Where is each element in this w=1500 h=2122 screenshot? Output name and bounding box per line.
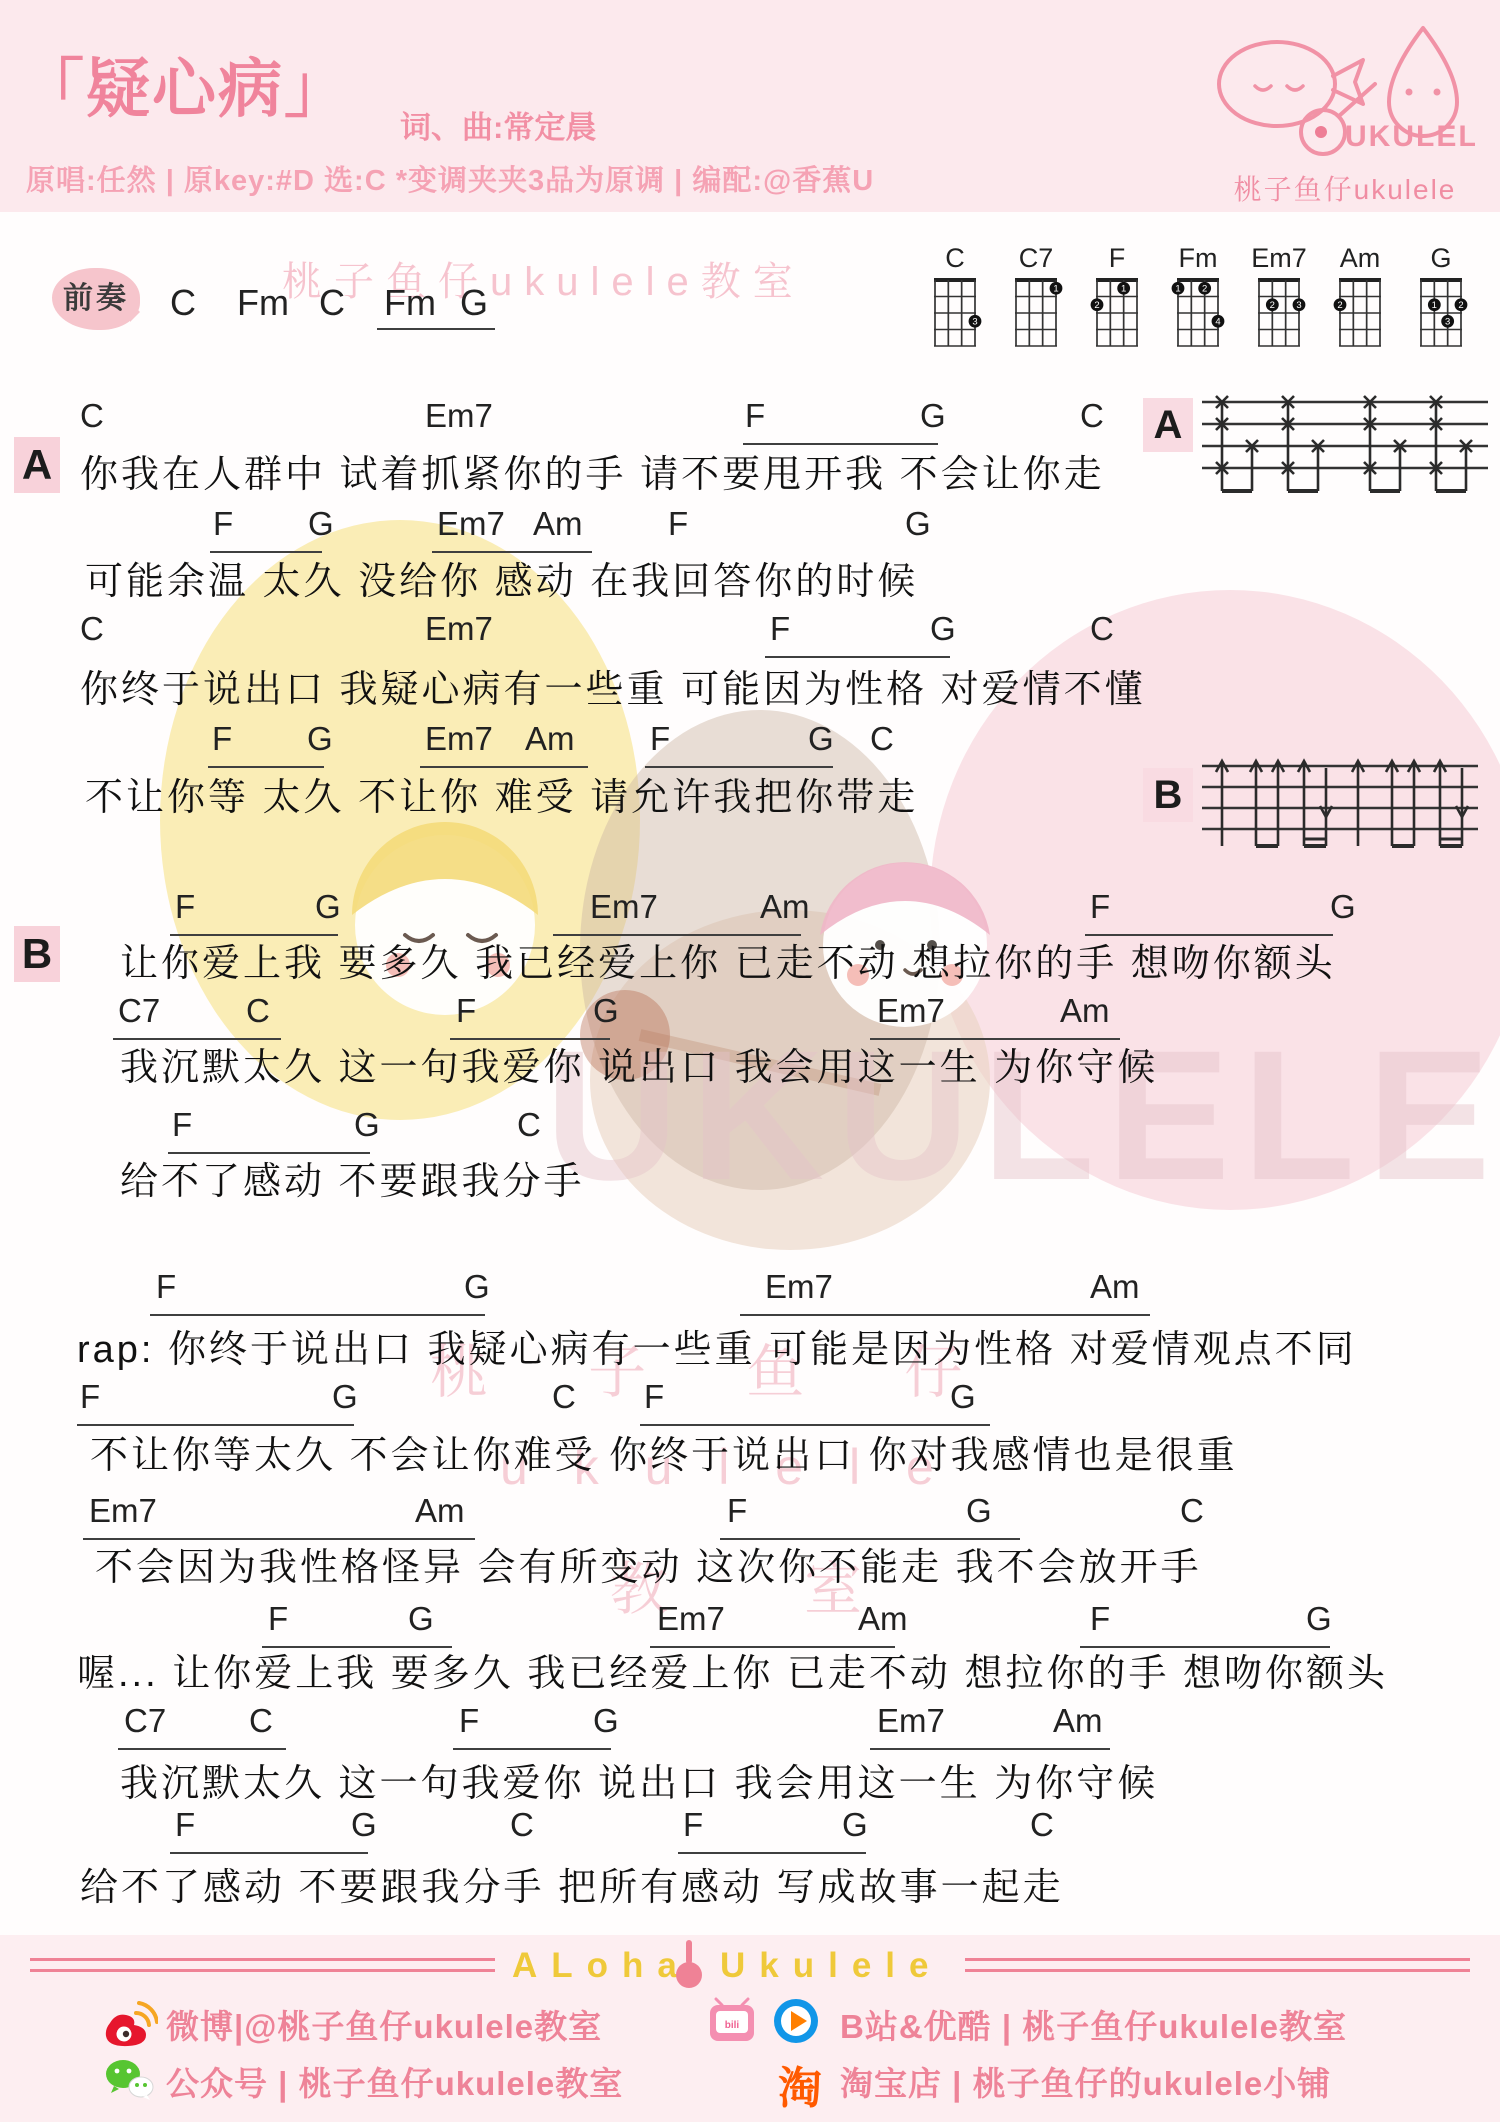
chord-label: G [1330, 888, 1356, 926]
chord-label: F [770, 610, 790, 648]
logo-word: UKULELE [1345, 120, 1475, 153]
chord-label: C [510, 1806, 534, 1844]
chord-underline [740, 1314, 1150, 1316]
chord-label: G [408, 1600, 434, 1638]
section-marker-a: A [14, 437, 60, 493]
chord-label: Am [1053, 1702, 1103, 1740]
youku-icon [772, 1997, 820, 2045]
chord-diagram-label: C7 [1006, 243, 1066, 273]
chord-sheet-page: 桃子鱼仔ukulele教室 UKULELE 桃 子 鱼 仔 u k u l e … [0, 0, 1500, 2122]
lyric-line: 给不了感动 不要跟我分手 [120, 1150, 585, 1205]
chord-label: G [332, 1378, 358, 1416]
footer-weibo-row: 微博|@桃子鱼仔ukulele教室 [100, 1995, 660, 2049]
chord-label: F [1090, 888, 1110, 926]
footer-wechat-row: 公众号 | 桃子鱼仔ukulele教室 [100, 2052, 660, 2106]
chord-label: G [930, 610, 956, 648]
chord-label: G [464, 1268, 490, 1306]
chord-label: F [268, 1600, 288, 1638]
ukulele-icon [668, 1938, 710, 1990]
strum-pattern-a [1200, 388, 1490, 503]
footer-video-text: B站&优酷 | 桃子鱼仔ukulele教室 [840, 2001, 1347, 2048]
sheet-content: 「疑心病」 词、曲:常定晨 原唱:任然 | 原key:#D 选:C *变调夹夹3… [0, 0, 1500, 2122]
chord-label: G [308, 505, 334, 543]
chord-label: F [668, 505, 688, 543]
chord-underline [118, 1748, 286, 1750]
divider-line-right [965, 1958, 1470, 1972]
chord-diagram-label: C [925, 243, 985, 273]
studio-brand-text: 桃子鱼仔ukulele [1205, 168, 1485, 208]
chord-label: F [644, 1378, 664, 1416]
strum-pattern-b [1200, 756, 1480, 858]
lyric-line: 我沉默太久 这一句我爱你 说出口 我会用这一生 为你守候 [120, 1752, 1158, 1807]
chord-diagram-label: G [1411, 243, 1471, 273]
chord-underline [170, 1852, 368, 1854]
lyric-line: 给不了感动 不要跟我分手 把所有感动 写成故事一起走 [80, 1856, 1064, 1911]
lyric-line: 你我在人群中 试着抓紧你的手 请不要甩开我 不会让你走 [80, 443, 1105, 498]
chord-label: Em7 [425, 397, 493, 435]
chord-label: Em7 [89, 1492, 157, 1530]
chord-label: F [1090, 1600, 1110, 1638]
chord-label: G [351, 1806, 377, 1844]
chord-label: F [175, 1806, 195, 1844]
lyric-line: 不让你等太久 不会让你难受 你终于说出口 你对我感情也是很重 [90, 1424, 1238, 1479]
chord-label: G [1306, 1600, 1332, 1638]
chord-label: Am [760, 888, 810, 926]
chord-label: F [683, 1806, 703, 1844]
pattern-a-label: A [1143, 398, 1193, 452]
bilibili-icon: bili [708, 1997, 756, 2045]
chord-label: Em7 [877, 1702, 945, 1740]
intro-chord: Fm [384, 282, 436, 324]
weibo-icon [102, 1997, 158, 2047]
chord-underline [678, 1852, 866, 1854]
chord-label: Am [415, 1492, 465, 1530]
lyric-line: 你终于说出口 我疑心病有一些重 可能因为性格 对爱情不懂 [80, 658, 1146, 713]
chord-label: C [246, 992, 270, 1030]
footer-wechat-text: 公众号 | 桃子鱼仔ukulele教室 [166, 2058, 623, 2105]
divider-text-aloha: ALoha [512, 1946, 691, 1986]
pattern-b-label: B [1143, 768, 1193, 822]
chord-label: F [459, 1702, 479, 1740]
chord-label: C [249, 1702, 273, 1740]
studio-logo-icon: UKULELE [1205, 14, 1475, 174]
divider-text-ukulele: Ukulele [720, 1946, 943, 1986]
chord-underline [453, 1748, 611, 1750]
intro-underline [377, 328, 495, 330]
chord-label: F [213, 505, 233, 543]
chord-label: C7 [124, 1702, 166, 1740]
lyric-line: 喔... 让你爱上我 要多久 我已经爱上你 已走不动 想拉你的手 想吻你额头 [77, 1642, 1388, 1697]
chord-label: Em7 [877, 992, 945, 1030]
chord-label: G [354, 1106, 380, 1144]
chord-label: G [593, 1702, 619, 1740]
chord-label: G [950, 1378, 976, 1416]
footer-video-row: bili B站&优酷 | 桃子鱼仔ukulele教室 [700, 1995, 1460, 2049]
chord-diagram-label: Em7 [1249, 243, 1309, 273]
chord-label: F [172, 1106, 192, 1144]
chord-label: Em7 [425, 720, 493, 758]
chord-label: Am [1090, 1268, 1140, 1306]
chord-label: G [920, 397, 946, 435]
intro-chord-row: CFmCFmG [0, 282, 1500, 342]
intro-chord: C [319, 282, 345, 324]
chord-label: G [842, 1806, 868, 1844]
lyric-line: 不让你等 太久 不让你 难受 请允许我把你带走 [85, 766, 918, 821]
chord-diagram-label: F [1087, 243, 1147, 273]
taobao-icon: 淘 [778, 2052, 822, 2116]
lyric-line: 不会因为我性格怪异 会有所变动 这次你不能走 我不会放开手 [95, 1536, 1202, 1591]
chord-diagram-label: Fm [1168, 243, 1228, 273]
chord-label: G [593, 992, 619, 1030]
section-marker-b: B [14, 926, 60, 982]
chord-label: Em7 [657, 1600, 725, 1638]
intro-chord: G [460, 282, 488, 324]
lyric-line: 我沉默太久 这一句我爱你 说出口 我会用这一生 为你守候 [120, 1036, 1158, 1091]
chord-label: Em7 [437, 505, 505, 543]
chord-label: F [156, 1268, 176, 1306]
chord-diagram-label: Am [1330, 243, 1390, 273]
chord-label: F [745, 397, 765, 435]
chord-label: F [80, 1378, 100, 1416]
chord-label: F [175, 888, 195, 926]
chord-label: F [727, 1492, 747, 1530]
divider-line-left [30, 1958, 495, 1972]
chord-label: C [1090, 610, 1114, 648]
lyric-line: 可能余温 太久 没给你 感动 在我回答你的时候 [85, 550, 918, 605]
chord-label: C [80, 397, 104, 435]
footer-taobao-text: 淘宝店 | 桃子鱼仔的ukulele小铺 [840, 2058, 1331, 2105]
song-title: 「疑心病」 [20, 38, 350, 130]
chord-label: G [966, 1492, 992, 1530]
chord-label: F [650, 720, 670, 758]
chord-label: G [808, 720, 834, 758]
chord-underline [150, 1314, 485, 1316]
chord-label: F [212, 720, 232, 758]
svg-text:bili: bili [725, 2020, 740, 2031]
wechat-icon [102, 2054, 158, 2104]
footer-weibo-text: 微博|@桃子鱼仔ukulele教室 [166, 2001, 602, 2048]
chord-label: C [1180, 1492, 1204, 1530]
chord-label: Am [858, 1600, 908, 1638]
chord-label: Am [533, 505, 583, 543]
chord-label: G [315, 888, 341, 926]
chord-label: C [870, 720, 894, 758]
intro-chord: Fm [237, 282, 289, 324]
chord-label: C [517, 1106, 541, 1144]
chord-label: Em7 [590, 888, 658, 926]
chord-label: Em7 [765, 1268, 833, 1306]
chord-label: Am [525, 720, 575, 758]
lyric-line: 让你爱上我 要多久 我已经爱上你 已走不动 想拉你的手 想吻你额头 [120, 932, 1336, 987]
key-info-line: 原唱:任然 | 原key:#D 选:C *变调夹夹3品为原调 | 编配:@香蕉U [26, 158, 874, 199]
intro-chord: C [170, 282, 196, 324]
chord-label: C [552, 1378, 576, 1416]
chord-label: Am [1060, 992, 1110, 1030]
chord-label: C [1030, 1806, 1054, 1844]
chord-label: Em7 [425, 610, 493, 648]
chord-label: G [307, 720, 333, 758]
chord-label: C [1080, 397, 1104, 435]
lyric-line: rap: 你终于说出口 我疑心病有一些重 可能是因为性格 对爱情观点不同 [77, 1318, 1357, 1373]
chord-label: C [80, 610, 104, 648]
chord-label: G [905, 505, 931, 543]
writer-credit: 词、曲:常定晨 [400, 102, 596, 147]
chord-label: C7 [118, 992, 160, 1030]
chord-underline [870, 1748, 1110, 1750]
chord-label: F [456, 992, 476, 1030]
footer-taobao-row: 淘 淘宝店 | 桃子鱼仔的ukulele小铺 [700, 2052, 1460, 2106]
